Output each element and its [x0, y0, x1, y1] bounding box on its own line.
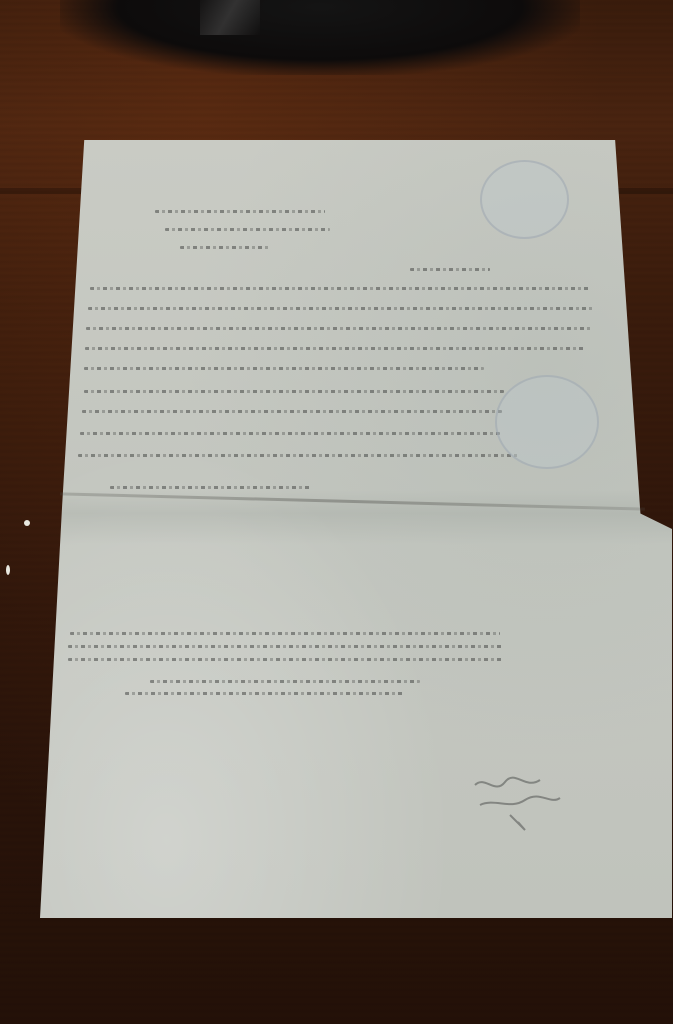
paint-fleck: [6, 565, 10, 575]
body-line: [90, 287, 590, 290]
lower-body-line: [150, 680, 420, 683]
body-line: [84, 367, 484, 370]
lower-body-line: [125, 692, 405, 695]
lower-body-line: [70, 632, 500, 635]
fur-object: [60, 0, 580, 75]
heading-line: [155, 210, 325, 213]
body-line: [85, 347, 585, 350]
body-line: [88, 307, 593, 310]
lower-body-line: [68, 658, 503, 661]
lower-body-line: [68, 645, 503, 648]
body-line: [84, 390, 504, 393]
body-line: [80, 432, 500, 435]
paint-fleck: [24, 520, 30, 526]
round-stamp: [480, 160, 569, 239]
heading-line: [410, 268, 490, 271]
signature-scribble: [470, 770, 570, 840]
body-line: [86, 327, 591, 330]
round-stamp: [495, 375, 599, 469]
body-line: [78, 454, 518, 457]
heading-line: [180, 246, 270, 249]
body-line: [82, 410, 502, 413]
body-line: [110, 486, 310, 489]
document-paper: [40, 140, 672, 918]
heading-line: [165, 228, 330, 231]
